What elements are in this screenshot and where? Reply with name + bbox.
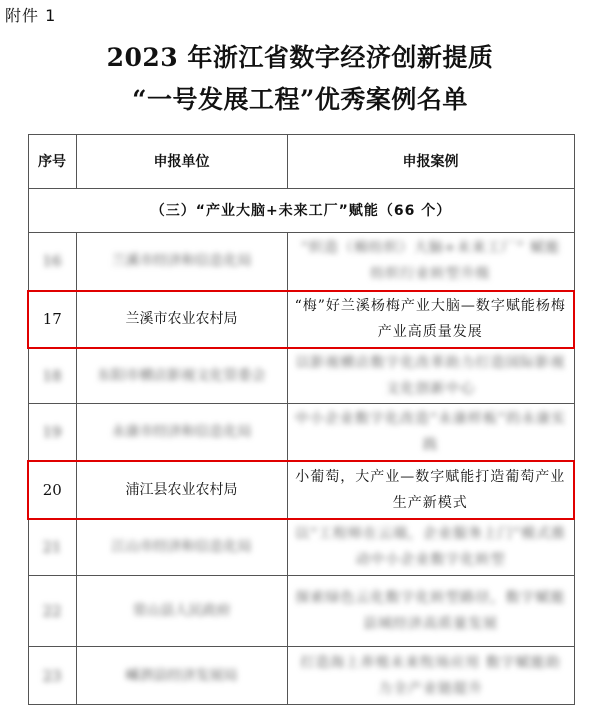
applicant-unit-cell: 东阳市横店影视文化管委会 <box>76 348 287 404</box>
header-applied-case: 申报案例 <box>287 135 574 189</box>
header-serial-no: 序号 <box>28 135 76 189</box>
applicant-unit-cell: 江山市经济和信息化局 <box>76 519 287 576</box>
case-list-table: 序号 申报单位 申报案例 （三）“产业大脑+未来工厂”赋能（66 个） 16兰溪… <box>27 134 575 705</box>
serial-no-cell: 19 <box>28 404 76 461</box>
serial-no-cell: 23 <box>28 647 76 705</box>
applied-case-cell: 以“工程师在云端，企业服务上门”模式推动中小企业数字化转型 <box>287 519 574 576</box>
serial-no-cell: 22 <box>28 576 76 647</box>
table-row: 16兰溪市经济和信息化局“织造（棉纺织）大脑+未来工厂” 赋能纺织行业转型升级 <box>28 233 574 291</box>
applicant-unit-cell: 兰溪市农业农村局 <box>76 291 287 348</box>
document-title-line2: “一号发展工程”优秀案例名单 <box>0 80 600 116</box>
serial-no-cell: 17 <box>28 291 76 348</box>
applied-case-cell: 中小企业数字化改造“永康样板”的永康实践 <box>287 404 574 461</box>
applied-case-cell: 打造海上养殖未来牧场应用 数字赋能助力全产业链提升 <box>287 647 574 705</box>
applied-case-cell: “织造（棉纺织）大脑+未来工厂” 赋能纺织行业转型升级 <box>287 233 574 291</box>
attachment-label: 附件 1 <box>5 3 56 26</box>
document-title-line1: 2023 年浙江省数字经济创新提质 <box>0 38 600 74</box>
applied-case-cell: 小葡萄，大产业—数字赋能打造葡萄产业生产新模式 <box>287 461 574 519</box>
table-row: 17兰溪市农业农村局“梅”好兰溪杨梅产业大脑—数字赋能杨梅产业高质量发展 <box>28 291 574 348</box>
table-row: 19永康市经济和信息化局中小企业数字化改造“永康样板”的永康实践 <box>28 404 574 461</box>
applicant-unit-cell: 嵊泗县经济发展局 <box>76 647 287 705</box>
table-row: 23嵊泗县经济发展局打造海上养殖未来牧场应用 数字赋能助力全产业链提升 <box>28 647 574 705</box>
section-row: （三）“产业大脑+未来工厂”赋能（66 个） <box>28 189 574 233</box>
serial-no-cell: 18 <box>28 348 76 404</box>
serial-no-cell: 16 <box>28 233 76 291</box>
applicant-unit-cell: 常山县人民政府 <box>76 576 287 647</box>
applicant-unit-cell: 永康市经济和信息化局 <box>76 404 287 461</box>
section-title: （三）“产业大脑+未来工厂”赋能（66 个） <box>28 189 574 233</box>
applied-case-cell: 探索绿色云化数字化转型路径，数字赋能县域经济高质量发展 <box>287 576 574 647</box>
table-row: 21江山市经济和信息化局以“工程师在云端，企业服务上门”模式推动中小企业数字化转… <box>28 519 574 576</box>
applied-case-cell: “梅”好兰溪杨梅产业大脑—数字赋能杨梅产业高质量发展 <box>287 291 574 348</box>
table-header-row: 序号 申报单位 申报案例 <box>28 135 574 189</box>
applied-case-cell: 以影视横店数字化改革助力打造国际影视文化创新中心 <box>287 348 574 404</box>
serial-no-cell: 20 <box>28 461 76 519</box>
table-row: 22常山县人民政府探索绿色云化数字化转型路径，数字赋能县域经济高质量发展 <box>28 576 574 647</box>
table-row: 20浦江县农业农村局小葡萄，大产业—数字赋能打造葡萄产业生产新模式 <box>28 461 574 519</box>
applicant-unit-cell: 浦江县农业农村局 <box>76 461 287 519</box>
table-row: 18东阳市横店影视文化管委会以影视横店数字化改革助力打造国际影视文化创新中心 <box>28 348 574 404</box>
header-applicant-unit: 申报单位 <box>76 135 287 189</box>
applicant-unit-cell: 兰溪市经济和信息化局 <box>76 233 287 291</box>
serial-no-cell: 21 <box>28 519 76 576</box>
